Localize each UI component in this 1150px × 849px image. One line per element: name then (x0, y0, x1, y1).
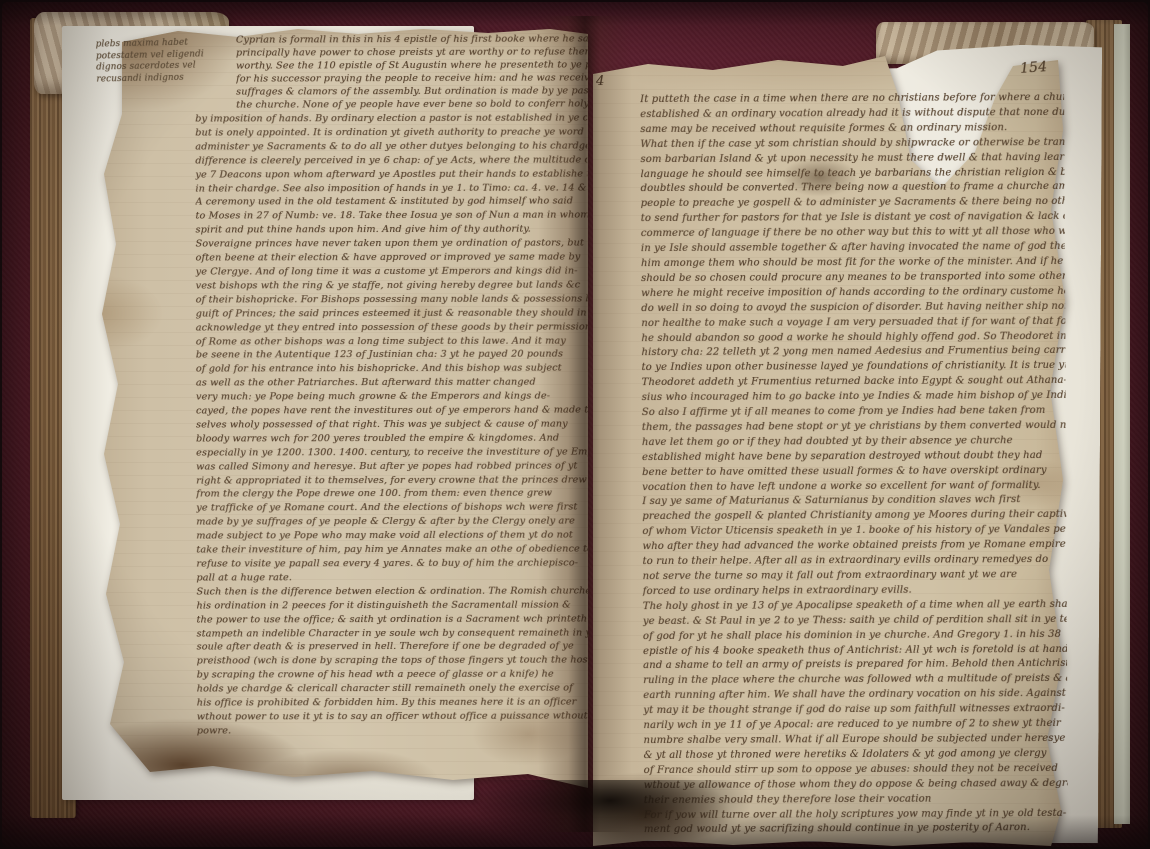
photo-vignette (0, 0, 1150, 849)
manuscript-photo: plebs maxima habetpotestatem vel eligend… (0, 0, 1150, 849)
